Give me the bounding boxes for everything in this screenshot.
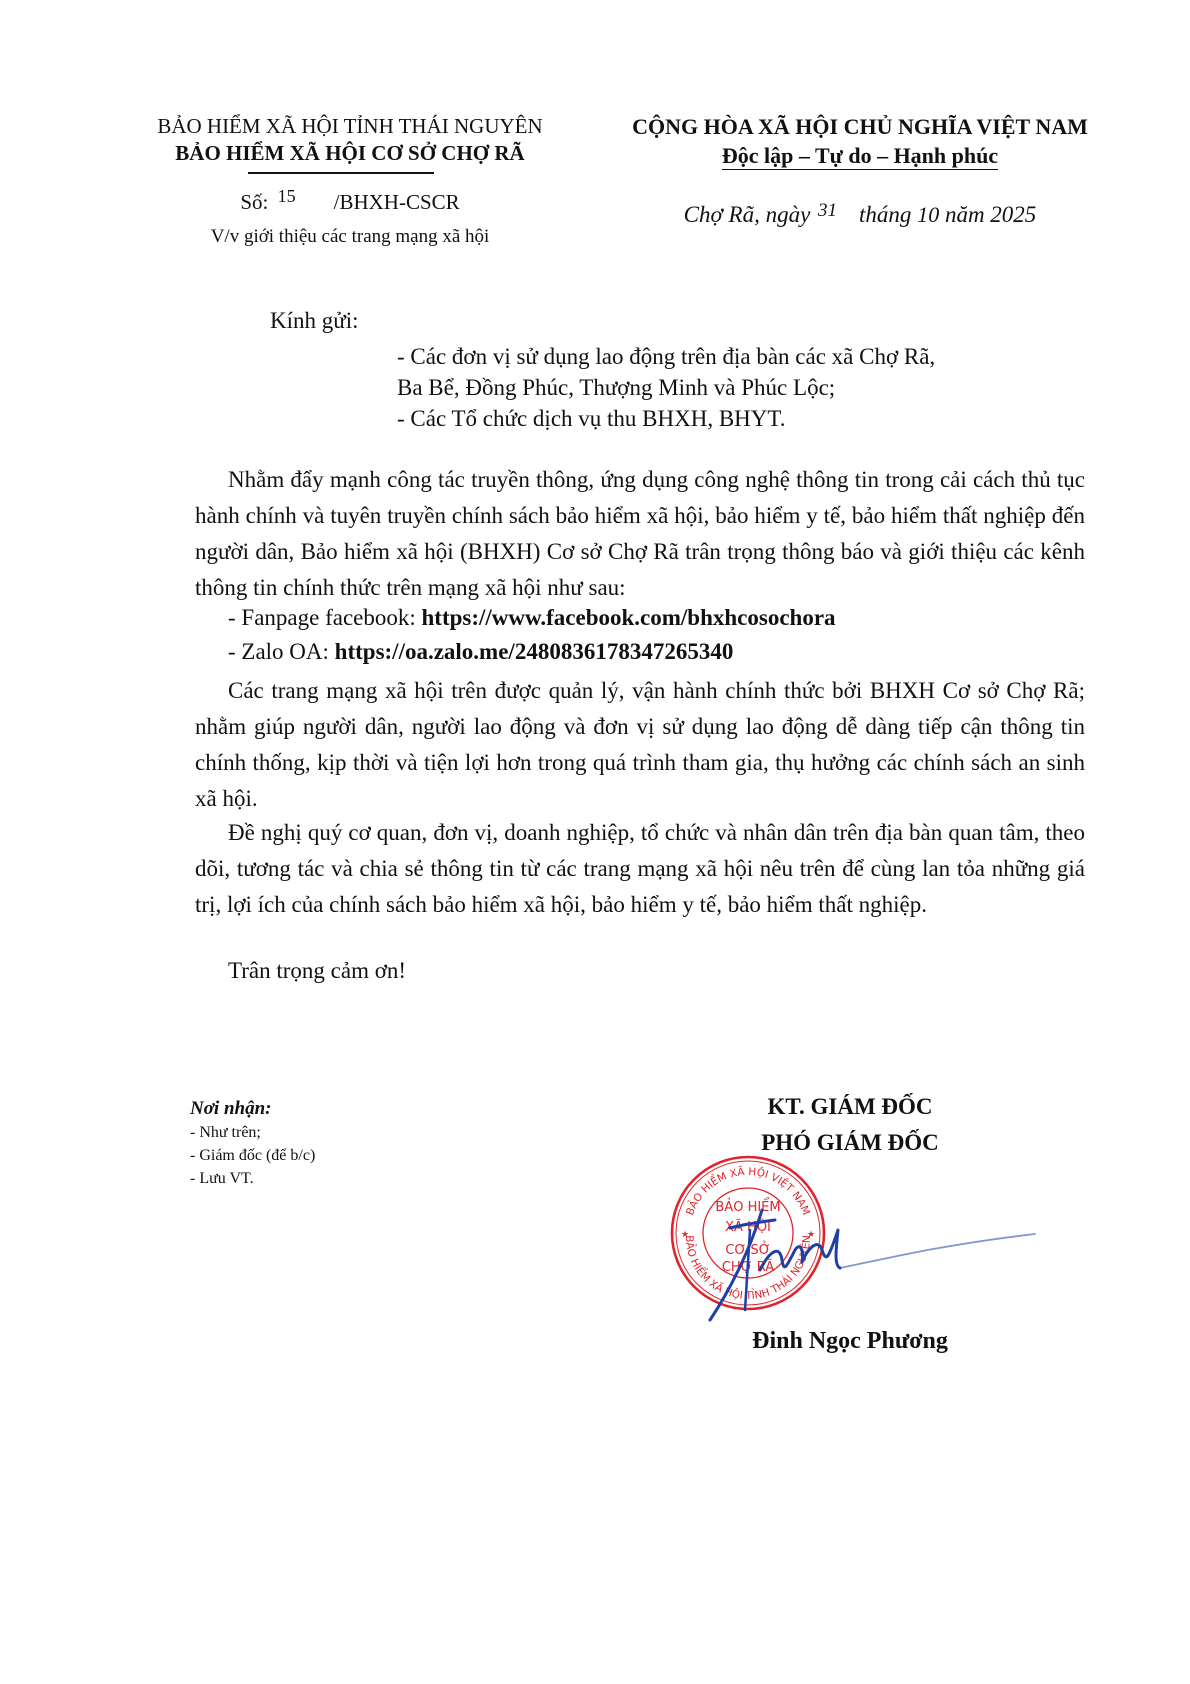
recipient-line: - Các đơn vị sử dụng lao động trên địa b… (397, 344, 935, 370)
signer-name: Đinh Ngọc Phương (650, 1328, 1050, 1355)
greeting: Kính gửi: (270, 308, 359, 334)
national-motto: Độc lập – Tự do – Hạnh phúc (590, 143, 1130, 169)
svg-text:★: ★ (681, 1230, 689, 1240)
distribution-item: - Lưu VT. (190, 1170, 254, 1188)
number-label: Số: (240, 190, 268, 214)
facebook-label: - Fanpage facebook: (228, 605, 422, 630)
date-year: năm 2025 (945, 202, 1036, 227)
date-month-label: tháng (859, 202, 911, 227)
distribution-item: - Như trên; (190, 1124, 261, 1142)
handwritten-signature-icon (700, 1190, 1040, 1340)
facebook-link-line: - Fanpage facebook: https://www.facebook… (228, 605, 836, 631)
document-number: Số: 15/BHXH-CSCR (110, 190, 590, 215)
closing-text: Trân trọng cảm ơn! (228, 958, 406, 984)
facebook-url[interactable]: https://www.facebook.com/bhxhcosochora (422, 605, 836, 630)
signer-title-1: KT. GIÁM ĐỐC (650, 1094, 1050, 1120)
zalo-url[interactable]: https://oa.zalo.me/2480836178347265340 (335, 639, 734, 664)
parent-agency: BẢO HIỂM XÃ HỘI TỈNH THÁI NGUYÊN (110, 114, 590, 139)
date-prefix: Chợ Rã, ngày (684, 202, 811, 227)
number-value: 15 (278, 186, 296, 206)
zalo-label: - Zalo OA: (228, 639, 335, 664)
date-month: 10 (917, 202, 939, 227)
agency-name: BẢO HIỂM XÃ HỘI CƠ SỞ CHỢ RÃ (110, 141, 590, 166)
agency-underline (248, 172, 434, 174)
body-paragraph-1: Nhằm đẩy mạnh công tác truyền thông, ứng… (195, 462, 1085, 606)
body-paragraph-2: Các trang mạng xã hội trên được quản lý,… (195, 673, 1085, 817)
recipient-line: - Các Tổ chức dịch vụ thu BHXH, BHYT. (397, 406, 786, 432)
number-suffix: /BHXH-CSCR (334, 190, 460, 214)
document-date: Chợ Rã, ngày 31tháng 10 năm 2025 (590, 202, 1130, 228)
document-subject: V/v giới thiệu các trang mạng xã hội (110, 226, 590, 248)
distribution-item: - Giám đốc (để b/c) (190, 1147, 315, 1165)
distribution-title: Nơi nhận: (190, 1098, 271, 1120)
motto-text: Độc lập – Tự do – Hạnh phúc (722, 143, 998, 170)
body-paragraph-3: Đề nghị quý cơ quan, đơn vị, doanh nghiệ… (195, 815, 1085, 923)
national-title: CỘNG HÒA XÃ HỘI CHỦ NGHĨA VIỆT NAM (590, 114, 1130, 140)
date-day: 31 (818, 200, 837, 221)
recipient-line: Ba Bể, Đồng Phúc, Thượng Minh và Phúc Lộ… (397, 375, 835, 401)
zalo-link-line: - Zalo OA: https://oa.zalo.me/2480836178… (228, 639, 733, 665)
